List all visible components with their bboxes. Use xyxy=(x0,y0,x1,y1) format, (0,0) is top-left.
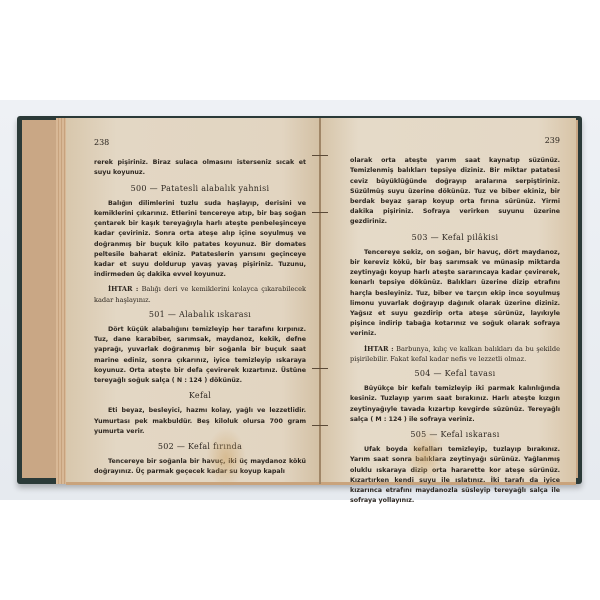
recipe-heading: 502 — Kefal fırında xyxy=(94,442,306,452)
recipe-note: İHTAR : Balığı deri ve kemiklerini kolay… xyxy=(94,284,306,304)
note-label: İHTAR : xyxy=(108,285,138,293)
continuation-text: olarak orta ateşte yarım saat kaynatıp s… xyxy=(350,156,560,227)
continuation-text: rerek pişiriniz. Biraz sulaca olmasını i… xyxy=(94,158,306,178)
recipe-body: Ufak boyda kefalları temizleyip, tuzlayı… xyxy=(350,445,560,506)
stain xyxy=(405,428,445,483)
recipe-heading: 503 — Kefal pilâkisi xyxy=(350,233,560,243)
page-number: 238 xyxy=(94,138,306,148)
stain xyxy=(206,428,246,488)
right-page: 239 olarak orta ateşte yarım saat kaynat… xyxy=(320,118,576,485)
section-heading: Kefal xyxy=(94,391,306,401)
section-body: Eti beyaz, besleyici, hazmı kolay, yağlı… xyxy=(94,406,306,437)
recipe-body: Dört küçük alabalığını temizleyip her ta… xyxy=(94,325,306,386)
binding-stitch xyxy=(312,368,328,369)
recipe-heading: 505 — Kefal ıskarası xyxy=(350,430,560,440)
binding-stitch xyxy=(312,425,328,426)
page-number: 239 xyxy=(350,136,560,146)
recipe-note: İHTAR : Barbunya, kılıç ve kalkan balıkl… xyxy=(350,344,560,364)
recipe-heading: 501 — Alabalık ıskarası xyxy=(94,310,306,320)
recipe-heading: 500 — Patatesli alabalık yahnisi xyxy=(94,184,306,194)
recipe-heading: 504 — Kefal tavası xyxy=(350,369,560,379)
binding-stitch xyxy=(312,212,328,213)
book-spine xyxy=(319,118,321,484)
recipe-body: Tencereye bir soğanla bir havuç, iki üç … xyxy=(94,457,306,477)
binding-stitch xyxy=(312,155,328,156)
left-page: 238 rerek pişiriniz. Biraz sulaca olması… xyxy=(66,118,320,485)
recipe-body: Tencereye sekiz, on soğan, bir havuç, dö… xyxy=(350,248,560,340)
recipe-body: Büyükçe bir kefalı temizleyip iki parmak… xyxy=(350,384,560,425)
recipe-body: Balığın dilimlerini tuzlu suda haşlayıp,… xyxy=(94,199,306,281)
note-label: İHTAR : xyxy=(364,345,394,353)
